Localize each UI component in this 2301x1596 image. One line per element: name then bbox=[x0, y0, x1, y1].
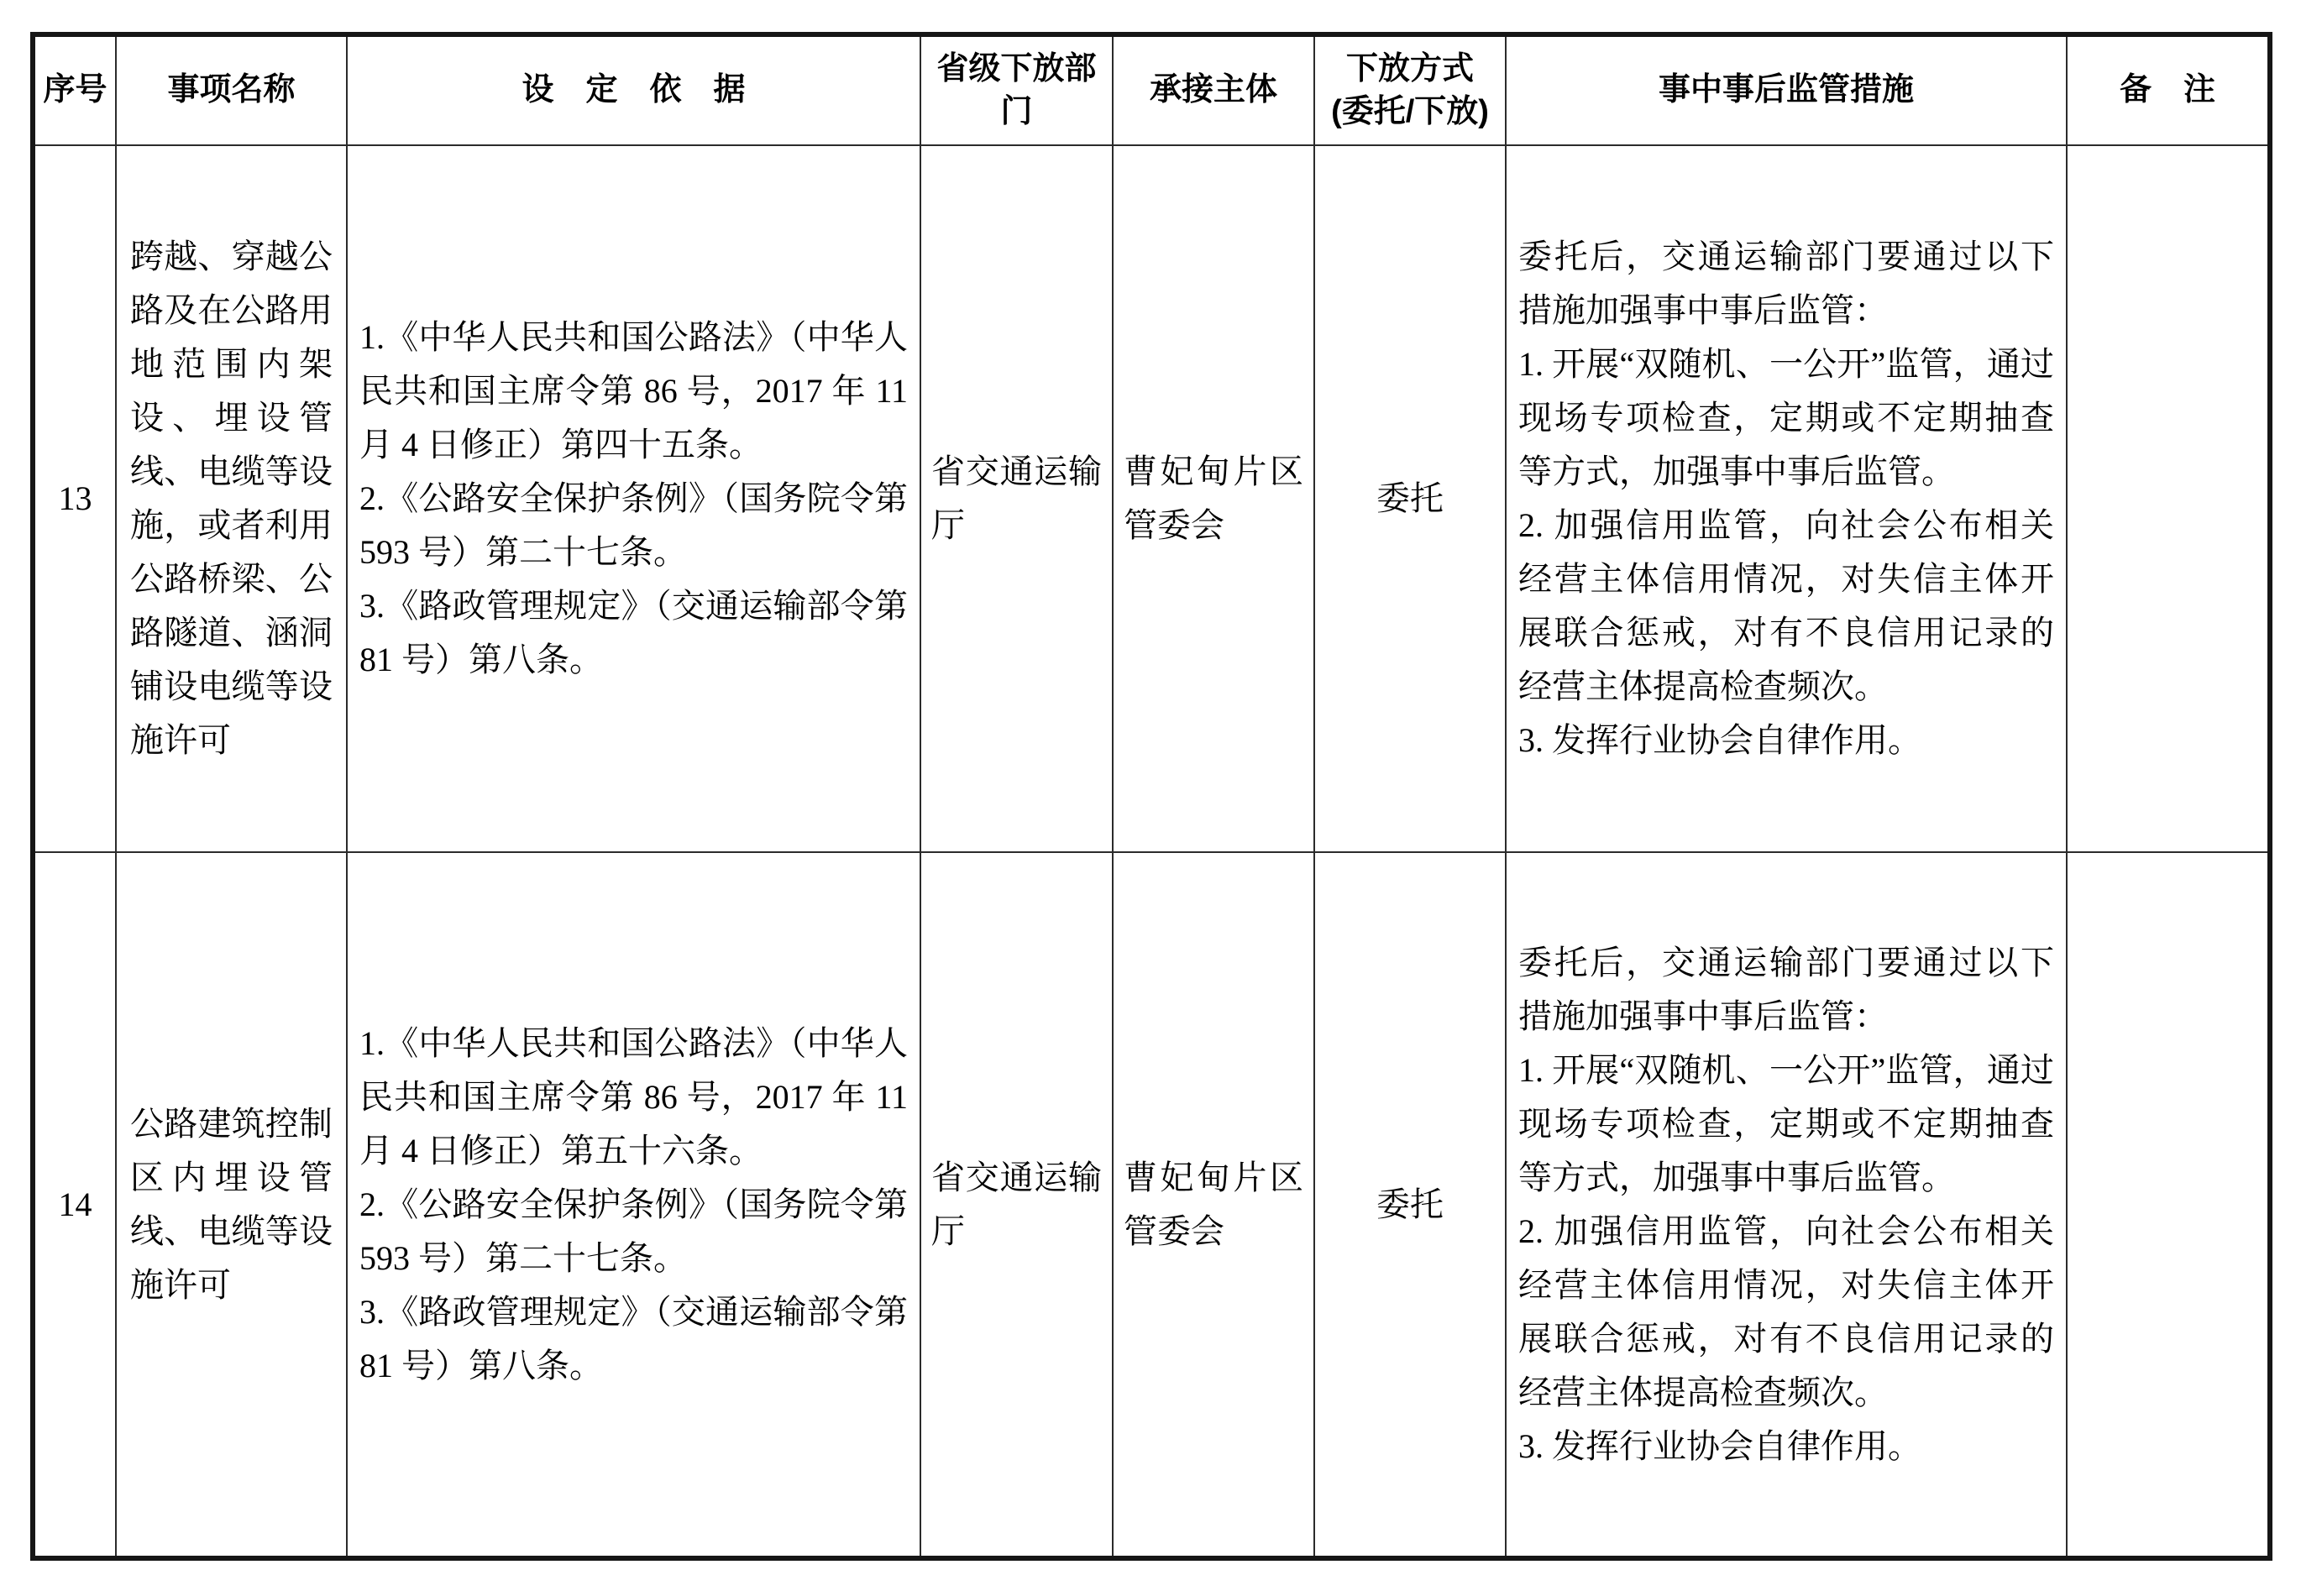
cell-remarks bbox=[2067, 852, 2270, 1558]
cell-receiving-entity: 曹妃甸片区管委会 bbox=[1113, 852, 1314, 1558]
cell-seq: 13 bbox=[33, 145, 116, 852]
cell-seq: 14 bbox=[33, 852, 116, 1558]
col-header-remarks: 备 注 bbox=[2067, 34, 2270, 145]
cell-provincial-department: 省交通运输厅 bbox=[920, 145, 1113, 852]
cell-delegation-method: 委托 bbox=[1314, 852, 1506, 1558]
cell-receiving-entity: 曹妃甸片区管委会 bbox=[1113, 145, 1314, 852]
cell-legal-basis: 1.《中华人民共和国公路法》（中华人民共和国主席令第 86 号，2017 年 1… bbox=[347, 852, 920, 1558]
header-row: 序号 事项名称 设 定 依 据 省级下放部门 承接主体 下放方式 (委托/下放)… bbox=[33, 34, 2270, 145]
cell-delegation-method: 委托 bbox=[1314, 145, 1506, 852]
delegation-items-table: 序号 事项名称 设 定 依 据 省级下放部门 承接主体 下放方式 (委托/下放)… bbox=[30, 32, 2272, 1561]
col-header-delegation-method: 下放方式 (委托/下放) bbox=[1314, 34, 1506, 145]
col-header-provincial-department: 省级下放部门 bbox=[920, 34, 1113, 145]
cell-supervision-measures: 委托后，交通运输部门要通过以下措施加强事中事后监管：1. 开展“双随机、一公开”… bbox=[1506, 145, 2067, 852]
document-page: 序号 事项名称 设 定 依 据 省级下放部门 承接主体 下放方式 (委托/下放)… bbox=[0, 0, 2301, 1596]
col-header-seq: 序号 bbox=[33, 34, 116, 145]
cell-item-name: 公路建筑控制区内埋设管线、电缆等设施许可 bbox=[116, 852, 347, 1558]
cell-legal-basis: 1.《中华人民共和国公路法》（中华人民共和国主席令第 86 号，2017 年 1… bbox=[347, 145, 920, 852]
col-header-legal-basis: 设 定 依 据 bbox=[347, 34, 920, 145]
table-row-13: 13 跨越、穿越公路及在公路用地范围内架设、埋设管线、电缆等设施，或者利用公路桥… bbox=[33, 145, 2270, 852]
cell-supervision-measures: 委托后，交通运输部门要通过以下措施加强事中事后监管：1. 开展“双随机、一公开”… bbox=[1506, 852, 2067, 1558]
cell-provincial-department: 省交通运输厅 bbox=[920, 852, 1113, 1558]
col-header-receiving-entity: 承接主体 bbox=[1113, 34, 1314, 145]
cell-item-name: 跨越、穿越公路及在公路用地范围内架设、埋设管线、电缆等设施，或者利用公路桥梁、公… bbox=[116, 145, 347, 852]
cell-remarks bbox=[2067, 145, 2270, 852]
col-header-supervision-measures: 事中事后监管措施 bbox=[1506, 34, 2067, 145]
col-header-item-name: 事项名称 bbox=[116, 34, 347, 145]
table-row-14: 14 公路建筑控制区内埋设管线、电缆等设施许可 1.《中华人民共和国公路法》（中… bbox=[33, 852, 2270, 1558]
